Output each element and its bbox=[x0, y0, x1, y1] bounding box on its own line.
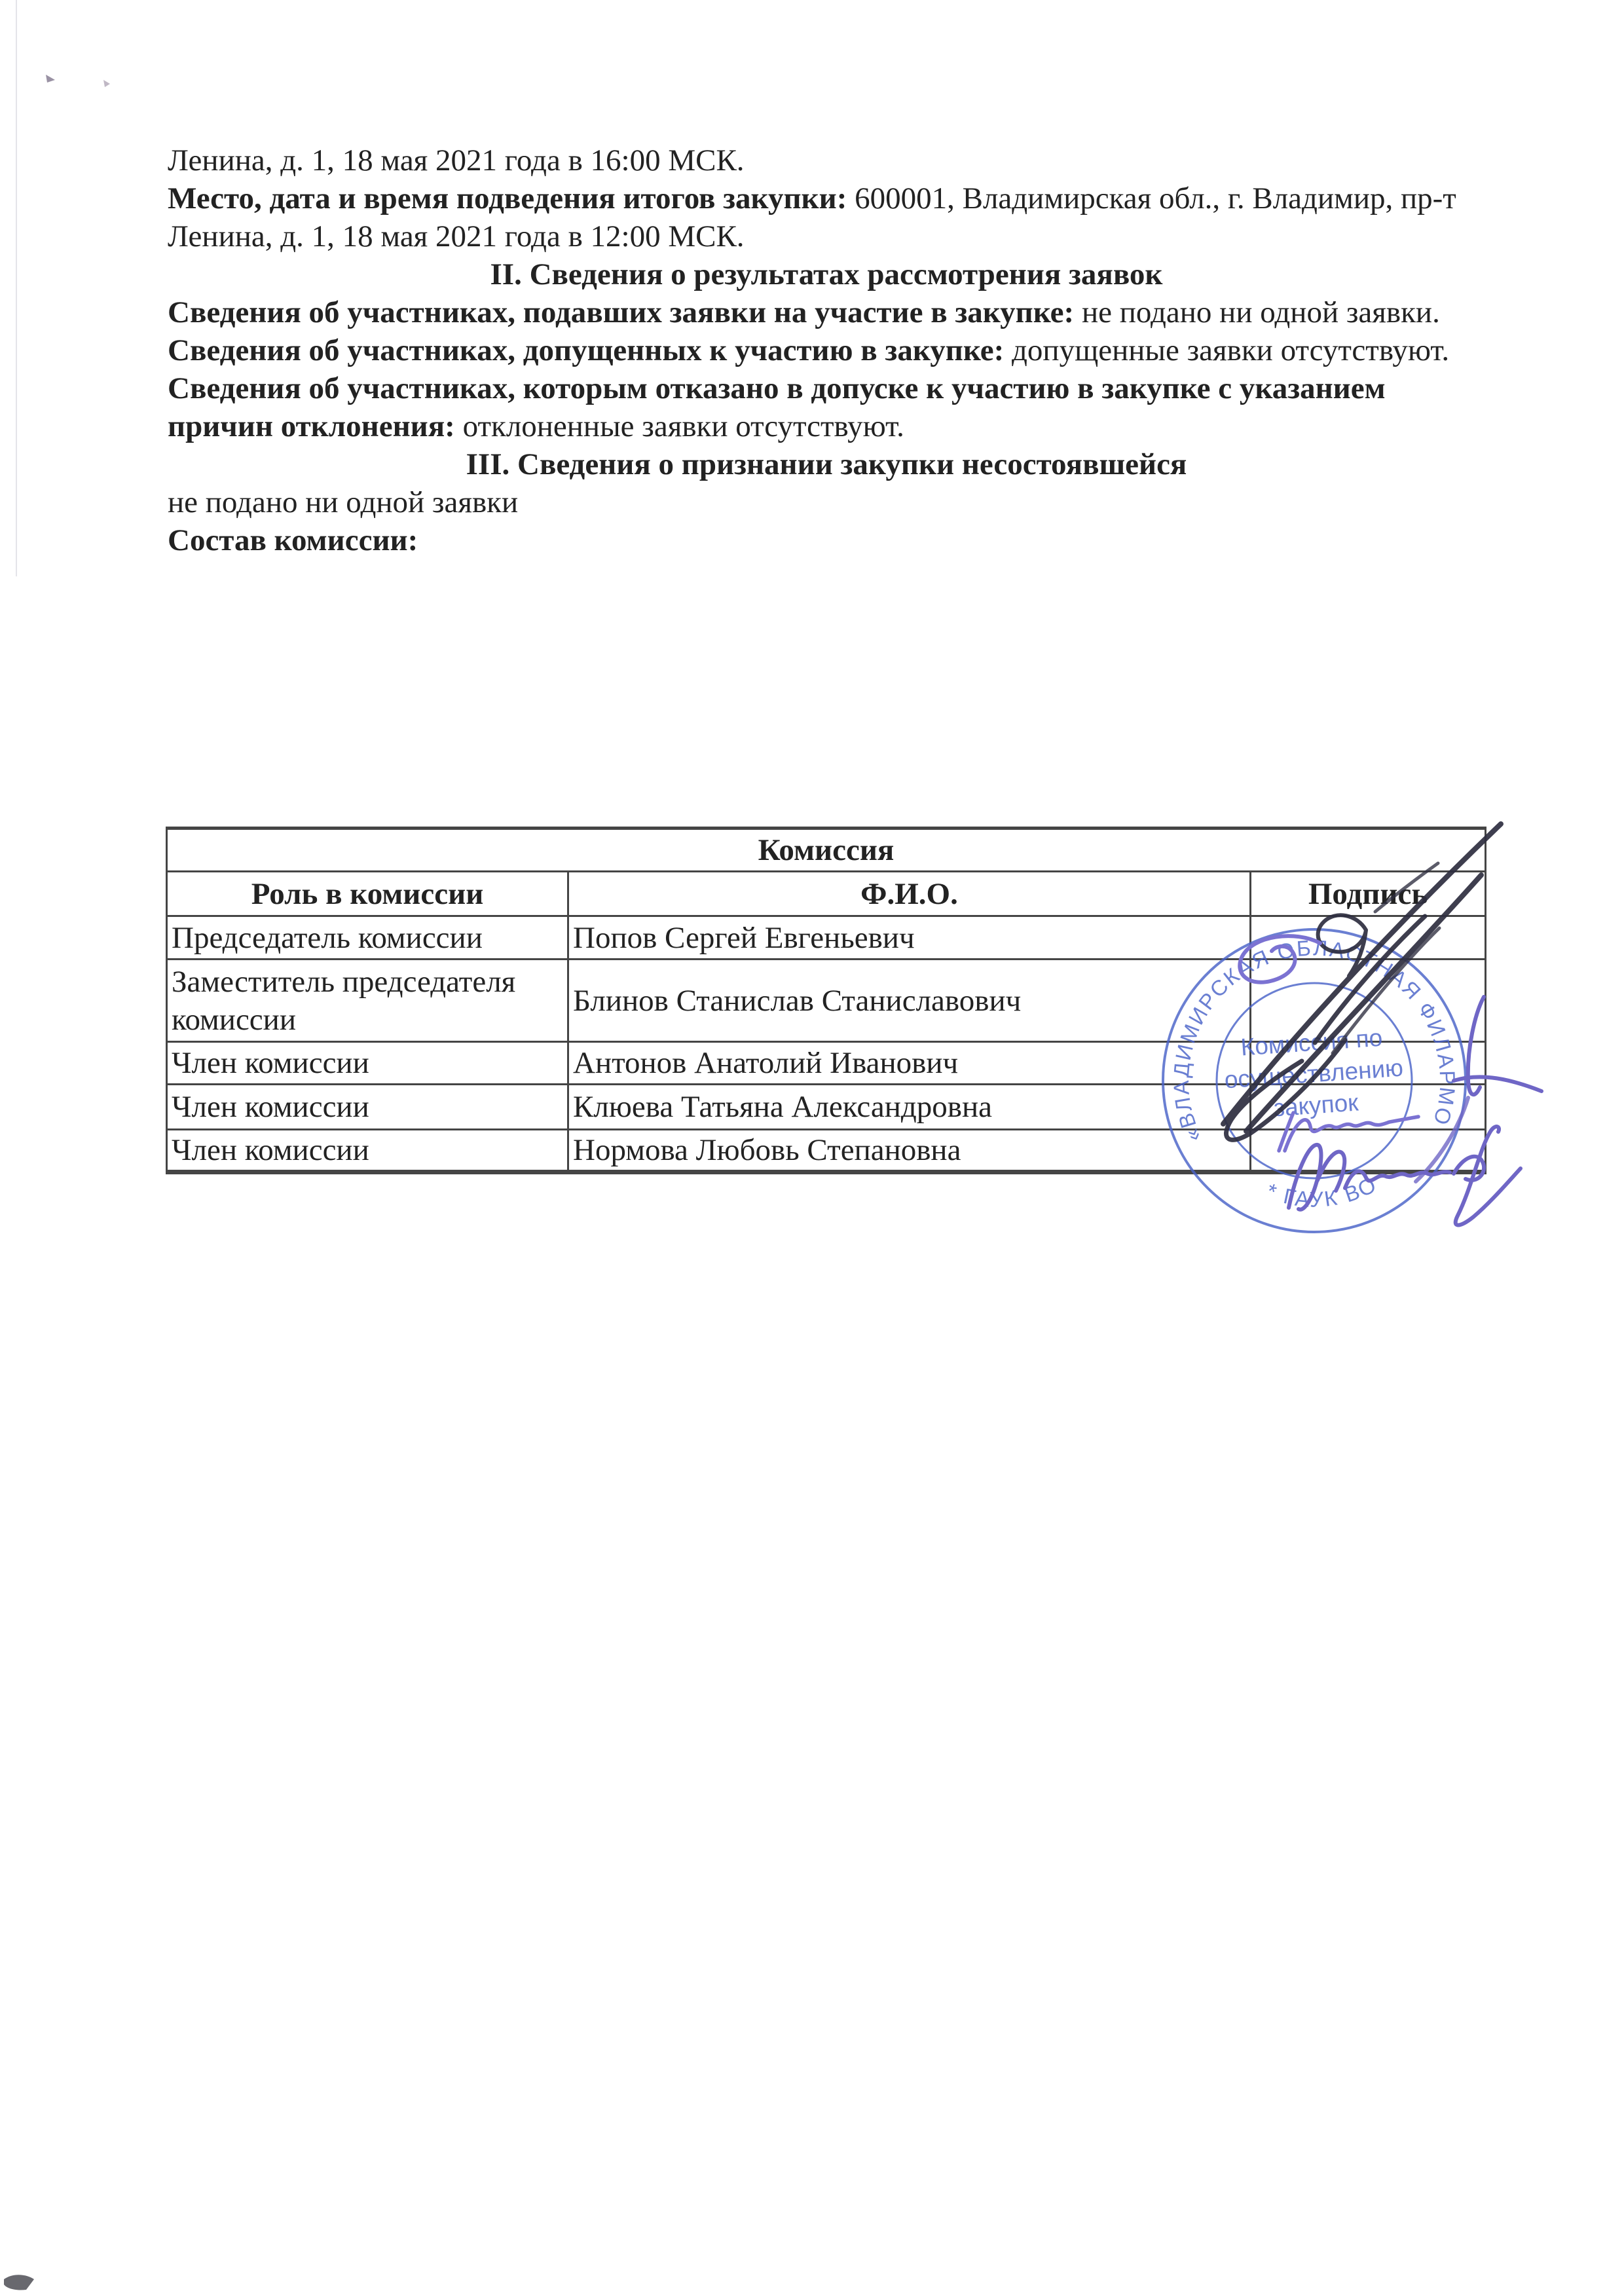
role-cell: Председатель комиссии bbox=[167, 916, 568, 960]
intro-paragraph: Ленина, д. 1, 18 мая 2021 года в 16:00 М… bbox=[168, 141, 1485, 255]
scan-edge-line bbox=[16, 0, 17, 576]
results-label: Место, дата и время подведения итогов за… bbox=[168, 181, 847, 215]
scanned-document-page: Ленина, д. 1, 18 мая 2021 года в 16:00 М… bbox=[0, 0, 1624, 2293]
scan-speck-1 bbox=[46, 75, 55, 83]
paragraph-3-value: отклоненные заявки отсутствуют. bbox=[463, 409, 904, 443]
signature-cell bbox=[1251, 916, 1486, 960]
table-row: Заместитель председателя комиссии Блинов… bbox=[167, 960, 1486, 1042]
role-cell: Член комиссии bbox=[167, 1130, 568, 1172]
paragraph-1-value: не подано ни одной заявки. bbox=[1082, 295, 1440, 329]
section-2-title: II. Сведения о результатах рассмотрения … bbox=[168, 255, 1485, 293]
role-cell: Член комиссии bbox=[167, 1085, 568, 1130]
scan-artifacts bbox=[4, 0, 110, 2290]
role-cell: Член комиссии bbox=[167, 1042, 568, 1085]
section-2-paragraph-1: Сведения об участниках, подавших заявки … bbox=[168, 293, 1485, 331]
column-header-name: Ф.И.О. bbox=[568, 872, 1251, 916]
name-cell: Блинов Станислав Станиславович bbox=[568, 960, 1251, 1042]
signature-cell bbox=[1251, 1042, 1486, 1085]
column-header-role: Роль в комиссии bbox=[167, 872, 568, 916]
paragraph-2-value: допущенные заявки отсутствуют. bbox=[1012, 333, 1449, 367]
section-3-title: III. Сведения о признании закупки несост… bbox=[168, 445, 1485, 483]
table-row: Член комиссии Клюева Татьяна Александров… bbox=[167, 1085, 1486, 1130]
name-cell: Клюева Татьяна Александровна bbox=[568, 1085, 1251, 1130]
name-cell: Попов Сергей Евгеньевич bbox=[568, 916, 1251, 960]
section-2-paragraph-2: Сведения об участниках, допущенных к уча… bbox=[168, 331, 1485, 369]
table-row: Член комиссии Нормова Любовь Степановна bbox=[167, 1130, 1486, 1172]
scan-speck-2 bbox=[103, 80, 110, 87]
section-2-paragraph-3: Сведения об участниках, которым отказано… bbox=[168, 369, 1485, 445]
table-title: Комиссия bbox=[167, 829, 1486, 872]
stamp-ring-text-bottom: * ГАУК ВО bbox=[1262, 1171, 1382, 1216]
paragraph-1-label: Сведения об участниках, подавших заявки … bbox=[168, 295, 1074, 329]
signature-cell bbox=[1251, 1130, 1486, 1172]
name-cell: Антонов Анатолий Иванович bbox=[568, 1042, 1251, 1085]
name-cell: Нормова Любовь Степановна bbox=[568, 1130, 1251, 1172]
commission-table-wrapper: Комиссия Роль в комиссии Ф.И.О. Подпись … bbox=[166, 827, 1485, 1174]
table-row: Член комиссии Антонов Анатолий Иванович bbox=[167, 1042, 1486, 1085]
section-3-body: не подано ни одной заявки bbox=[168, 483, 1485, 521]
intro-results: Место, дата и время подведения итогов за… bbox=[168, 179, 1485, 255]
signature-cell bbox=[1251, 1085, 1486, 1130]
table-row: Председатель комиссии Попов Сергей Евген… bbox=[167, 916, 1486, 960]
signature-cell bbox=[1251, 960, 1486, 1042]
commission-label: Состав комиссии: bbox=[168, 521, 1485, 559]
commission-table: Комиссия Роль в комиссии Ф.И.О. Подпись … bbox=[166, 827, 1486, 1174]
document-body: Ленина, д. 1, 18 мая 2021 года в 16:00 М… bbox=[168, 141, 1485, 559]
scan-corner-mark bbox=[4, 2275, 34, 2290]
role-cell: Заместитель председателя комиссии bbox=[167, 960, 568, 1042]
column-header-signature: Подпись bbox=[1251, 872, 1486, 916]
paragraph-2-label: Сведения об участниках, допущенных к уча… bbox=[168, 333, 1004, 367]
intro-line-1: Ленина, д. 1, 18 мая 2021 года в 16:00 М… bbox=[168, 141, 1485, 179]
